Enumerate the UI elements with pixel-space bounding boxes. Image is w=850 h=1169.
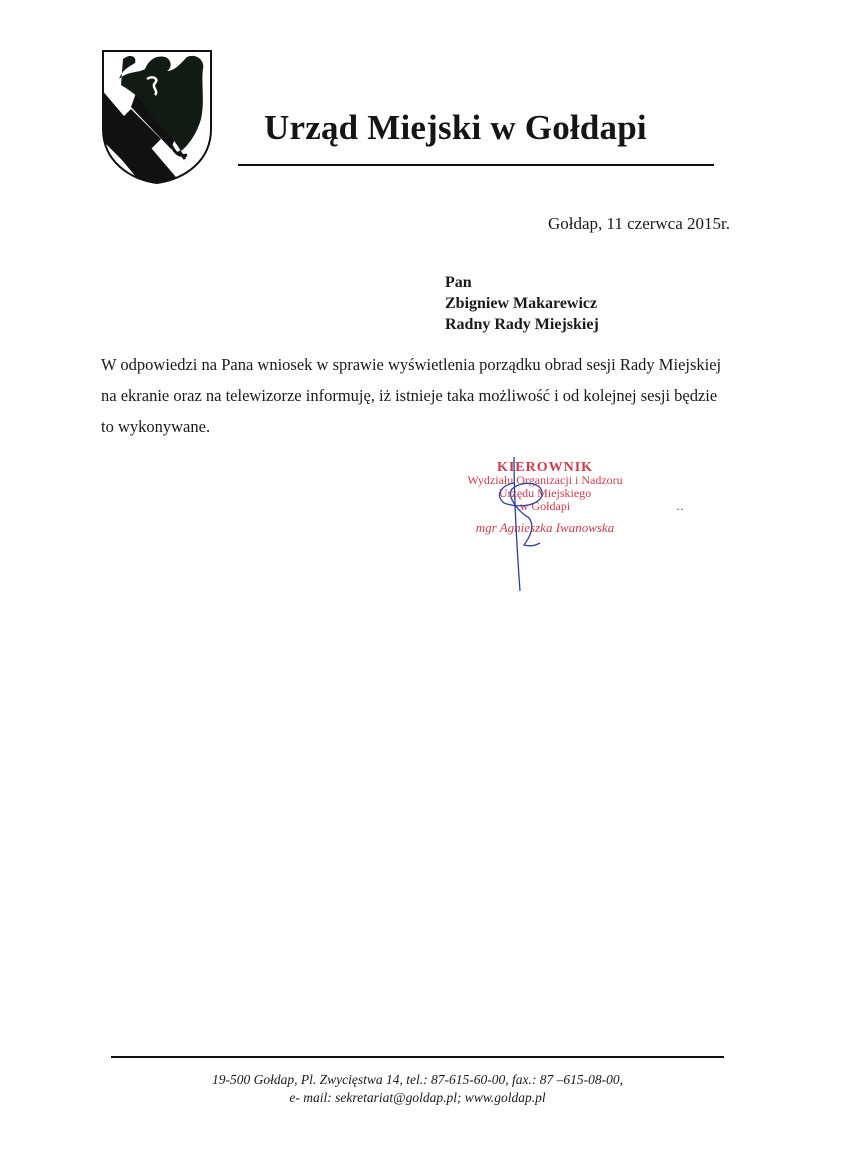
footer-divider	[111, 1056, 724, 1058]
letter-body: W odpowiedzi na Pana wniosek w sprawie w…	[101, 349, 741, 442]
body-line: W odpowiedzi na Pana wniosek w sprawie w…	[101, 349, 741, 380]
footer-email-web: e- mail: sekretariat@goldap.pl; www.gold…	[111, 1089, 724, 1107]
title-divider	[238, 164, 714, 166]
footer-address: 19-500 Gołdap, Pl. Zwycięstwa 14, tel.: …	[111, 1071, 724, 1089]
office-title: Urząd Miejski w Gołdapi	[264, 108, 647, 148]
body-line: na ekranie oraz na telewizorze informuję…	[101, 380, 741, 411]
recipient-name: Zbigniew Makarewicz	[445, 293, 599, 314]
handwritten-signature-icon	[480, 455, 600, 595]
body-line: to wykonywane.	[101, 411, 741, 442]
coat-of-arms-icon	[101, 49, 213, 185]
letter-date: Gołdap, 11 czerwca 2015r.	[548, 214, 730, 234]
footer-contact: 19-500 Gołdap, Pl. Zwycięstwa 14, tel.: …	[111, 1071, 724, 1107]
scan-artifact: ··	[676, 502, 684, 517]
recipient-block: Pan Zbigniew Makarewicz Radny Rady Miejs…	[445, 272, 599, 335]
recipient-salutation: Pan	[445, 272, 599, 293]
recipient-title: Radny Rady Miejskiej	[445, 314, 599, 335]
